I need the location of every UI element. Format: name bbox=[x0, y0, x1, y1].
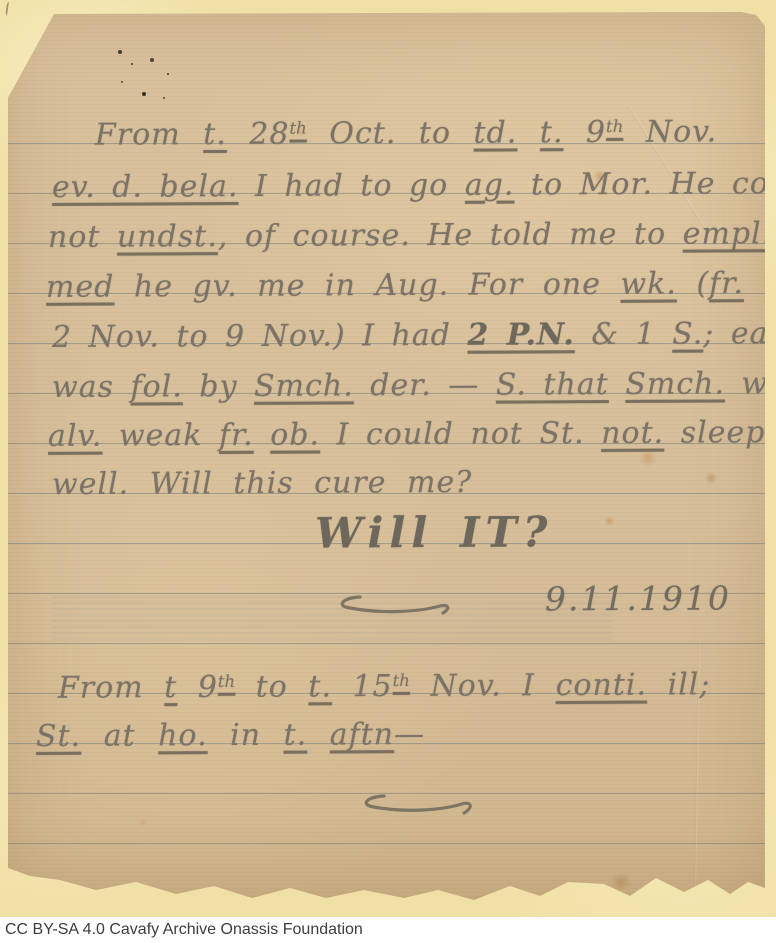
license-caption-text: CC BY-SA 4.0 Cavafy Archive Onassis Foun… bbox=[5, 921, 363, 938]
manuscript-line: St. at ho. in t. aftn— bbox=[36, 717, 425, 754]
emphasis-line-will-it: Will IT? bbox=[315, 507, 554, 557]
manuscript-line: not undst., of course. He told me to emp… bbox=[48, 216, 776, 255]
license-caption-bar: CC BY-SA 4.0 Cavafy Archive Onassis Foun… bbox=[0, 917, 776, 943]
date-notation: 9.11.1910 bbox=[545, 579, 731, 619]
manuscript-line: From t 9th to t. 15th Nov. I conti. ill; bbox=[58, 667, 711, 705]
manuscript-line: ev. d. bela. I had to go ag. to Mor. He … bbox=[52, 166, 776, 205]
ink-specks bbox=[118, 50, 122, 54]
manuscript-line: alv. weak fr. ob. I could not St. not. s… bbox=[48, 415, 766, 454]
stain bbox=[604, 516, 615, 526]
stain bbox=[608, 874, 634, 890]
manuscript-page: From t. 28th Oct. to td. t. 9th Nov. ev.… bbox=[8, 12, 765, 905]
swash-flourish-icon bbox=[330, 587, 458, 621]
stain bbox=[138, 818, 148, 826]
manuscript-line: From t. 28th Oct. to td. t. 9th Nov. bbox=[95, 114, 717, 152]
stain bbox=[704, 472, 718, 484]
manuscript-line: was fol. by Smch. der. — S. that Smch. w… bbox=[52, 366, 776, 405]
manuscript-line: 2 Nov. to 9 Nov.) I had 2 P.N. & 1 S.; e… bbox=[52, 316, 776, 355]
swash-flourish-icon bbox=[352, 784, 480, 820]
stain bbox=[638, 450, 658, 466]
manuscript-line: med he gv. me in Aug. For one wk. (fr. bbox=[46, 266, 744, 305]
manuscript-line: well. Will this cure me? bbox=[52, 465, 472, 502]
